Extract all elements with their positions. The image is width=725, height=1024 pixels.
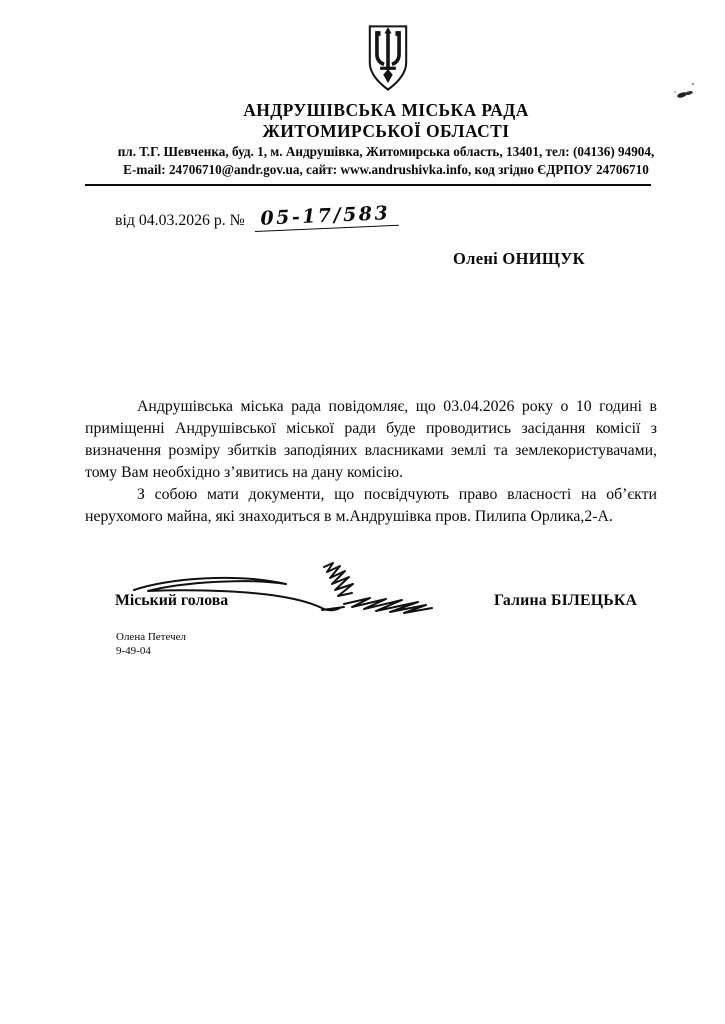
scanned-letter-page: АНДРУШІВСЬКА МІСЬКА РАДА ЖИТОМИРСЬКОЇ ОБ… xyxy=(0,0,725,1024)
body-paragraph-2: З собою мати документи, що посвідчують п… xyxy=(85,484,657,528)
executor-block: Олена Петечел 9-49-04 xyxy=(116,631,186,658)
signer-position-title: Міський голова xyxy=(115,592,228,610)
ink-smudge-artifact xyxy=(668,78,704,102)
signer-name: Галина БІЛЕЦЬКА xyxy=(494,592,637,610)
body-paragraph-1: Андрушівська міська рада повідомляє, що … xyxy=(85,396,657,484)
reference-line: від 04.03.2026 р. № 05-17/583 xyxy=(115,208,399,232)
executor-phone: 9-49-04 xyxy=(116,645,186,659)
executor-name: Олена Петечел xyxy=(116,631,186,645)
org-address-line: пл. Т.Г. Шевченка, буд. 1, м. Андрушівка… xyxy=(50,144,722,160)
letterhead: АНДРУШІВСЬКА МІСЬКА РАДА ЖИТОМИРСЬКОЇ ОБ… xyxy=(50,100,722,178)
letter-body: Андрушівська міська рада повідомляє, що … xyxy=(85,396,657,528)
reference-number-handwritten: 05-17/583 xyxy=(254,202,399,232)
org-contact-line: E-mail: 24706710@andr.gov.ua, сайт: www.… xyxy=(50,162,722,178)
addressee-name: Олені ОНИЩУК xyxy=(453,249,585,269)
ukraine-trident-emblem-icon xyxy=(364,24,412,92)
org-title-line1: АНДРУШІВСЬКА МІСЬКА РАДА xyxy=(50,100,722,121)
letterhead-divider xyxy=(85,184,651,186)
reference-date-label: від 04.03.2026 р. № xyxy=(115,212,245,230)
org-title-line2: ЖИТОМИРСЬКОЇ ОБЛАСТІ xyxy=(50,121,722,142)
